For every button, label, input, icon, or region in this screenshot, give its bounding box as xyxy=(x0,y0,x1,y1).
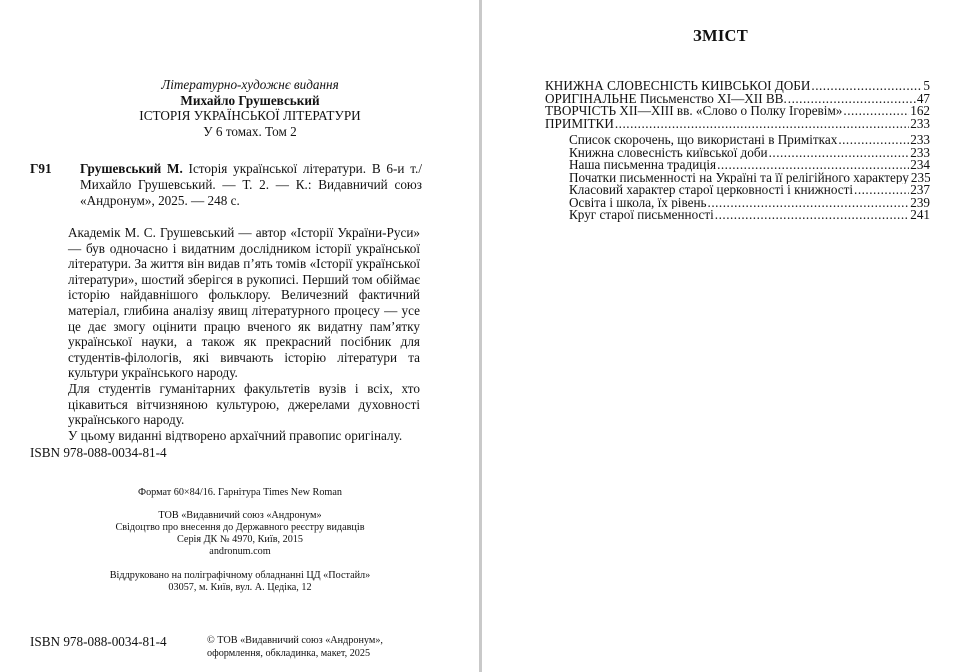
toc-entry[interactable]: Список скорочень, що використані в Примі… xyxy=(569,134,930,147)
format-info: Формат 60×84/16. Гарнітура Times New Rom… xyxy=(80,487,400,499)
annotation: Академік М. С. Грушевський — автор «Істо… xyxy=(68,225,420,428)
toc-leader-dots xyxy=(811,80,922,93)
publisher-series: Серія ДК № 4970, Київ, 2015 xyxy=(80,534,400,546)
toc-entry[interactable]: ПРИМІТКИ233 xyxy=(545,118,930,131)
book-author: Михайло Грушевський xyxy=(100,93,400,109)
toc-entry-page: 233 xyxy=(909,118,930,131)
publisher-website: andronum.com xyxy=(80,546,400,558)
toc-entry-page: 233 xyxy=(909,134,930,147)
toc-leader-dots xyxy=(843,105,909,118)
toc-entry[interactable]: Освіта і школа, їх рівень239 xyxy=(569,197,930,210)
isbn-bottom: ISBN 978-088-0034-81-4 xyxy=(30,634,167,650)
toc-entry[interactable]: Круг старої письменності241 xyxy=(569,209,930,222)
copyright-line: оформлення, обкладинка, макет, 2025 xyxy=(207,647,383,660)
publisher-name: ТОВ «Видавничий союз «Андронум» xyxy=(80,510,400,522)
toc-main-entries: КНИЖНА СЛОВЕСНІСТЬ КИЇВСЬКОЇ ДОБИ5ОРИГІН… xyxy=(545,80,930,130)
toc-entry[interactable]: КНИЖНА СЛОВЕСНІСТЬ КИЇВСЬКОЇ ДОБИ5 xyxy=(545,80,930,93)
toc-entry[interactable]: ТВОРЧІСТЬ XII—XIII вв. «Слово о Полку Іг… xyxy=(545,105,930,118)
toc-entry-page: 235 xyxy=(910,172,930,185)
table-of-contents: КНИЖНА СЛОВЕСНІСТЬ КИЇВСЬКОЇ ДОБИ5ОРИГІН… xyxy=(545,80,930,222)
publisher-info: ТОВ «Видавничий союз «Андронум» Свідоцтв… xyxy=(80,510,400,558)
toc-leader-dots xyxy=(769,147,910,160)
toc-entry[interactable]: Початки письменності на Україні та її ре… xyxy=(569,172,930,185)
series-label: Літературно-художнє видання xyxy=(100,77,400,93)
toc-entry-title: Класовий характер старої церковності і к… xyxy=(569,184,854,197)
toc-leader-dots xyxy=(615,118,909,131)
toc-entry-title: Список скорочень, що використані в Примі… xyxy=(569,134,838,147)
toc-entry-page: 162 xyxy=(909,105,930,118)
toc-entry-title: Наша письменна традиція xyxy=(569,159,717,172)
toc-entry-page: 241 xyxy=(909,209,930,222)
toc-entry-page: 239 xyxy=(909,197,930,210)
toc-entry-page: 47 xyxy=(916,93,930,106)
toc-entry[interactable]: Класовий характер старої церковності і к… xyxy=(569,184,930,197)
toc-entry-title: ПРИМІТКИ xyxy=(545,118,615,131)
printer-address: 03057, м. Київ, вул. А. Цедіка, 12 xyxy=(80,582,400,594)
copyright-line: © ТОВ «Видавничий союз «Андронум», xyxy=(207,634,383,647)
catalog-entry: Г91 Грушевський М. Історія української л… xyxy=(30,161,422,209)
toc-sub-entries: Список скорочень, що використані в Примі… xyxy=(569,134,930,222)
printer-name: Віддруковано на поліграфічному обладнанн… xyxy=(80,570,400,582)
toc-leader-dots xyxy=(717,159,909,172)
toc-entry-title: Круг старої письменності xyxy=(569,209,715,222)
imprint-block: Літературно-художнє видання Михайло Груш… xyxy=(100,77,400,139)
toc-leader-dots xyxy=(715,209,909,222)
toc-heading: ЗМІСТ xyxy=(482,26,959,46)
annotation-audience: Для студентів гуманітарних факультетів в… xyxy=(68,381,420,428)
toc-entry[interactable]: Книжна словесність київської доби233 xyxy=(569,147,930,160)
toc-entry-title: Початки письменності на Україні та її ре… xyxy=(569,172,910,185)
left-page: Літературно-художнє видання Михайло Груш… xyxy=(0,0,479,672)
toc-leader-dots xyxy=(838,134,909,147)
toc-entry[interactable]: ОРИГІНАЛЬНЕ Письменство XI—XII ВВ.47 xyxy=(545,93,930,106)
bibliographic-description: Грушевський М. Історія української літер… xyxy=(80,161,422,209)
orthography-note: У цьому виданні відтворено архаїчний пра… xyxy=(68,428,402,444)
toc-entry[interactable]: Наша письменна традиція234 xyxy=(569,159,930,172)
catalog-code: Г91 xyxy=(30,161,52,177)
isbn: ISBN 978-088-0034-81-4 xyxy=(30,445,167,461)
toc-entry-title: Освіта і школа, їх рівень xyxy=(569,197,708,210)
toc-entry-title: ТВОРЧІСТЬ XII—XIII вв. «Слово о Полку Іг… xyxy=(545,105,843,118)
book-title: ІСТОРІЯ УКРАЇНСЬКОЇ ЛІТЕРАТУРИ xyxy=(100,108,400,124)
toc-entry-page: 5 xyxy=(922,80,930,93)
printer-info: Віддруковано на поліграфічному обладнанн… xyxy=(80,570,400,594)
toc-leader-dots xyxy=(708,197,910,210)
toc-entry-page: 237 xyxy=(909,184,930,197)
toc-entry-page: 234 xyxy=(909,159,930,172)
toc-leader-dots xyxy=(788,93,916,106)
volume-info: У 6 томах. Том 2 xyxy=(100,124,400,140)
toc-entry-title: Книжна словесність київської доби xyxy=(569,147,769,160)
publisher-registration: Свідоцтво про внесення до Державного реє… xyxy=(80,522,400,534)
toc-leader-dots xyxy=(854,184,909,197)
toc-entry-page: 233 xyxy=(909,147,930,160)
catalog-author: Грушевський М. xyxy=(80,161,183,176)
toc-entry-title: ОРИГІНАЛЬНЕ Письменство XI—XII ВВ. xyxy=(545,93,788,106)
copyright-notice: © ТОВ «Видавничий союз «Андронум», оформ… xyxy=(207,634,383,660)
toc-entry-title: КНИЖНА СЛОВЕСНІСТЬ КИЇВСЬКОЇ ДОБИ xyxy=(545,80,811,93)
annotation-paragraph: Академік М. С. Грушевський — автор «Істо… xyxy=(68,225,420,381)
